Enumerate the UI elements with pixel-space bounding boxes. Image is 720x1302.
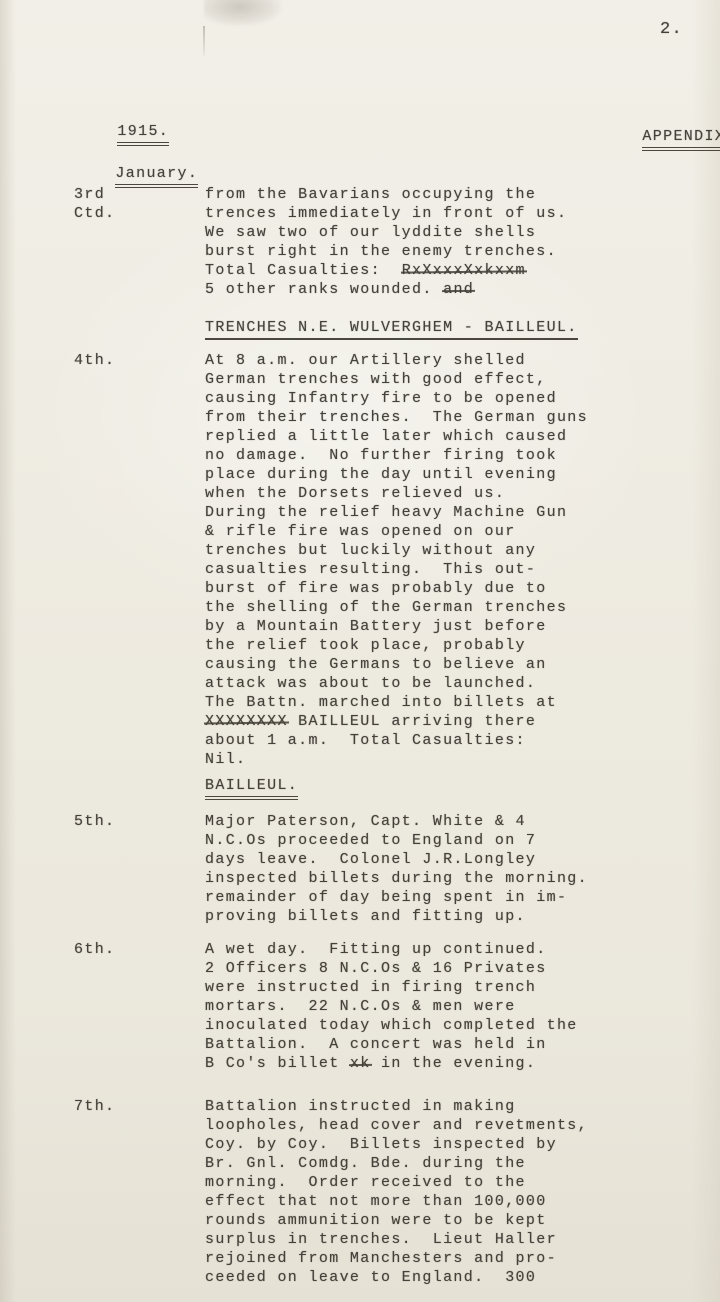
- body-line: remainder of day being spent in im-: [205, 888, 690, 907]
- body-line: surplus in trenches. Lieut Haller: [205, 1230, 690, 1249]
- body-line: burst of fire was probably due to: [205, 579, 690, 598]
- body-line: when the Dorsets relieved us.: [205, 484, 690, 503]
- body-line: were instructed in firing trench: [205, 978, 690, 997]
- body-line: replied a little later which caused: [205, 427, 690, 446]
- body-line: proving billets and fitting up.: [205, 907, 690, 926]
- body-line: morning. Order received to the: [205, 1173, 690, 1192]
- body-line: about 1 a.m. Total Casualties:: [205, 731, 690, 750]
- entry-date: 6th.: [74, 940, 115, 959]
- struck-text: and: [443, 280, 474, 299]
- body-line: German trenches with good effect,: [205, 370, 690, 389]
- body-line: & rifle fire was opened on our: [205, 522, 690, 541]
- section-heading: TRENCHES N.E. WULVERGHEM - BAILLEUL.: [205, 318, 578, 340]
- entry-date: 7th.: [74, 1097, 115, 1116]
- body-line: trenches but luckily without any: [205, 541, 690, 560]
- body-line: Battalion instructed in making: [205, 1097, 690, 1116]
- body-line: no damage. No further firing took: [205, 446, 690, 465]
- body-line: rejoined from Manchesters and pro-: [205, 1249, 690, 1268]
- body-line: 2 Officers 8 N.C.Os & 16 Privates: [205, 959, 690, 978]
- entry-date: 5th.: [74, 812, 115, 831]
- body-line: During the relief heavy Machine Gun: [205, 503, 690, 522]
- body-line: rounds ammunition were to be kept: [205, 1211, 690, 1230]
- body-line: causing Infantry fire to be opened: [205, 389, 690, 408]
- body-line: days leave. Colonel J.R.Longley: [205, 850, 690, 869]
- body-line: causing the Germans to believe an: [205, 655, 690, 674]
- section-heading: BAILLEUL.: [205, 776, 298, 800]
- body-line: At 8 a.m. our Artillery shelled: [205, 351, 690, 370]
- document-page: 2. 1915. APPENDIX. January. 3rdCtd.from …: [0, 0, 720, 1302]
- struck-text: XXXXXXXX: [205, 712, 288, 731]
- body-line: XXXXXXXX BAILLEUL arriving there: [205, 712, 690, 731]
- heading-text: TRENCHES N.E. WULVERGHEM - BAILLEUL.: [205, 318, 578, 340]
- diary-entry: 3rdCtd.from the Bavarians occupying thet…: [74, 185, 690, 299]
- body-line: attack was about to be launched.: [205, 674, 690, 693]
- body-line: Major Paterson, Capt. White & 4: [205, 812, 690, 831]
- body-line: Coy. by Coy. Billets inspected by: [205, 1135, 690, 1154]
- body-line: from their trenches. The German guns: [205, 408, 690, 427]
- entry-date: 3rdCtd.: [74, 185, 115, 223]
- struck-text: xk: [350, 1054, 371, 1073]
- body-line: by a Mountain Battery just before: [205, 617, 690, 636]
- diary-entries: 3rdCtd.from the Bavarians occupying thet…: [0, 0, 720, 1302]
- body-line: loopholes, head cover and revetments,: [205, 1116, 690, 1135]
- body-line: We saw two of our lyddite shells: [205, 223, 690, 242]
- entry-body: At 8 a.m. our Artillery shelledGerman tr…: [205, 351, 690, 769]
- body-line: mortars. 22 N.C.Os & men were: [205, 997, 690, 1016]
- body-line: Total Casualties: RxXxxxXxkxxm: [205, 261, 690, 280]
- body-line: B Co's billet xk in the evening.: [205, 1054, 690, 1073]
- body-line: ceeded on leave to England. 300: [205, 1268, 690, 1287]
- entry-body: from the Bavarians occupying thetrences …: [205, 185, 690, 299]
- body-line: Br. Gnl. Comdg. Bde. during the: [205, 1154, 690, 1173]
- entry-body: Battalion instructed in makingloopholes,…: [205, 1097, 690, 1287]
- body-line: A wet day. Fitting up continued.: [205, 940, 690, 959]
- body-line: Battalion. A concert was held in: [205, 1035, 690, 1054]
- body-line: the relief took place, probably: [205, 636, 690, 655]
- body-line: inspected billets during the morning.: [205, 869, 690, 888]
- diary-entry: 6th.A wet day. Fitting up continued.2 Of…: [74, 940, 690, 1073]
- diary-entry: 7th.Battalion instructed in makingloopho…: [74, 1097, 690, 1287]
- diary-entry: 4th.At 8 a.m. our Artillery shelledGerma…: [74, 351, 690, 769]
- body-line: burst right in the enemy trenches.: [205, 242, 690, 261]
- entry-body: Major Paterson, Capt. White & 4N.C.Os pr…: [205, 812, 690, 926]
- body-line: from the Bavarians occupying the: [205, 185, 690, 204]
- body-line: place during the day until evening: [205, 465, 690, 484]
- body-line: N.C.Os proceeded to England on 7: [205, 831, 690, 850]
- body-line: Nil.: [205, 750, 690, 769]
- body-line: the shelling of the German trenches: [205, 598, 690, 617]
- struck-text: RxXxxxXxkxxm: [402, 261, 526, 280]
- entry-body: A wet day. Fitting up continued.2 Office…: [205, 940, 690, 1073]
- body-line: casualties resulting. This out-: [205, 560, 690, 579]
- body-line: The Battn. marched into billets at: [205, 693, 690, 712]
- heading-text: BAILLEUL.: [205, 776, 298, 800]
- body-line: effect that not more than 100,000: [205, 1192, 690, 1211]
- body-line: trences immediately in front of us.: [205, 204, 690, 223]
- diary-entry: 5th.Major Paterson, Capt. White & 4N.C.O…: [74, 812, 690, 926]
- entry-date: 4th.: [74, 351, 115, 370]
- body-line: 5 other ranks wounded. and: [205, 280, 690, 299]
- body-line: inoculated today which completed the: [205, 1016, 690, 1035]
